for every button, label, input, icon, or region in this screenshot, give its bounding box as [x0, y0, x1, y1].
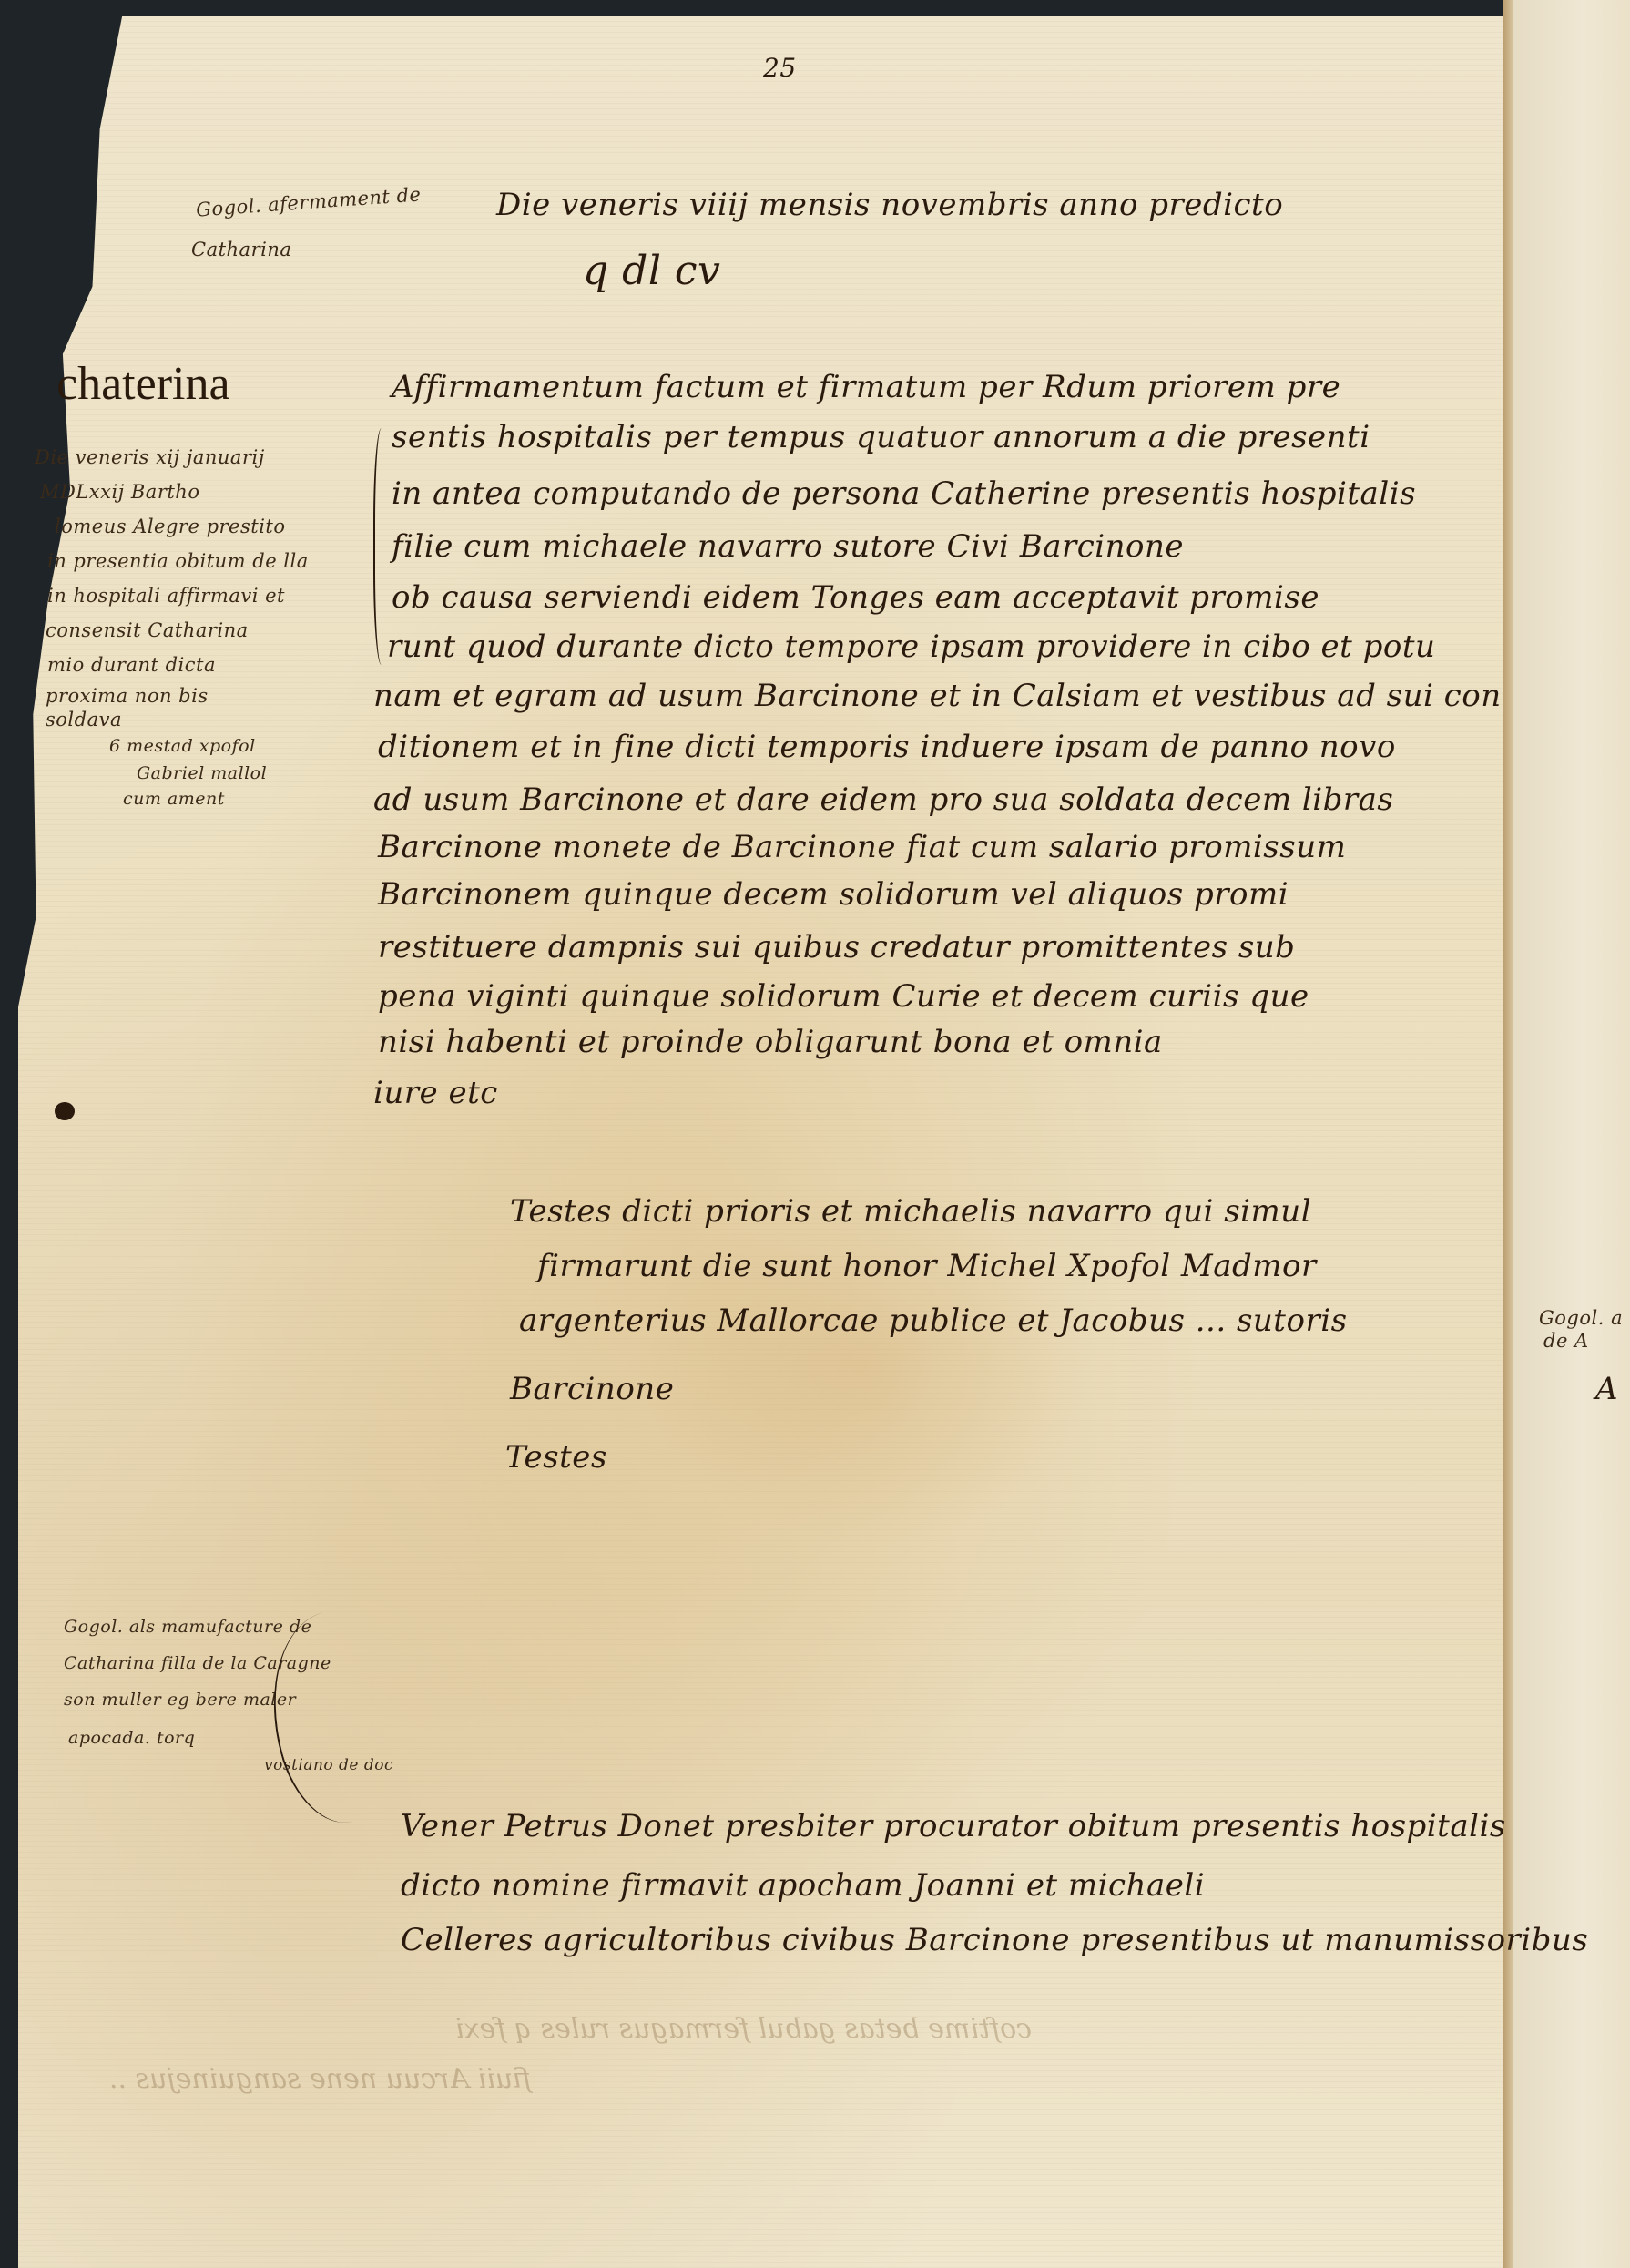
body-line: restituere dampnis sui quibus credatur p…	[378, 929, 1295, 965]
torn-edge	[118, 0, 1503, 13]
side-note-line: Gabriel mallol	[137, 763, 267, 783]
margin-note-line: Gogol. als mamufacture de	[64, 1617, 311, 1637]
side-note-line: 6 mestad xpofol	[109, 736, 256, 756]
witness-line: Testes dicti prioris et michaelis navarr…	[510, 1193, 1311, 1230]
show-through-text: fiuii Arcuu nene sanguinejus ..	[109, 2063, 531, 2095]
ink-blot	[55, 1102, 75, 1120]
body-line: nisi habenti et proinde obligarunt bona …	[378, 1024, 1163, 1060]
body-line: Celleres agricultoribus civibus Barcinon…	[401, 1922, 1588, 1958]
body-line: Barcinonem quinque decem solidorum vel a…	[378, 876, 1289, 913]
body-line: Vener Petrus Donet presbiter procurator …	[401, 1808, 1506, 1844]
year-heading: q dl cv	[583, 248, 720, 294]
entry-name-heading: chaterina	[56, 357, 230, 411]
body-line: sentis hospitalis per tempus quatuor ann…	[392, 419, 1370, 455]
side-note-line: in presentia obitum de lla	[47, 550, 309, 572]
body-line: ob causa serviendi eidem Tonges eam acce…	[392, 579, 1319, 616]
folio-number: 25	[763, 53, 797, 83]
facing-page-fragment: A	[1595, 1371, 1618, 1407]
body-line: nam et egram ad usum Barcinone et in Cal…	[373, 678, 1502, 714]
witness-line: Barcinone	[510, 1371, 674, 1407]
foxing-stain	[637, 1184, 1093, 1548]
witness-line: argenterius Mallorcae publice et Jacobus…	[519, 1303, 1348, 1339]
side-note-line: lomeus Alegre prestito	[55, 516, 286, 537]
body-line: iure etc	[373, 1075, 498, 1111]
date-heading: Die veneris viiij mensis novembris anno …	[496, 187, 1283, 223]
body-line: in antea computando de persona Catherine…	[392, 475, 1416, 512]
side-note-line: soldava	[46, 709, 122, 730]
side-note-line: mio durant dicta	[47, 654, 216, 676]
manuscript-page: coftime betas gabul fermagus rules q fex…	[0, 0, 1630, 2268]
show-through-text: coftime betas gabul fermagus rules q fex…	[455, 2013, 1032, 2045]
body-line: Affirmamentum factum et firmatum per Rdu…	[392, 369, 1340, 405]
margin-note-line: apocada. torq	[68, 1728, 195, 1748]
side-note-line: cum ament	[123, 789, 225, 809]
body-line: ditionem et in fine dicti temporis indue…	[378, 729, 1396, 765]
margin-note-line: Catharina	[191, 239, 291, 261]
witness-line: firmarunt die sunt honor Michel Xpofol M…	[537, 1248, 1317, 1284]
body-line: dicto nomine firmavit apocham Joanni et …	[401, 1867, 1205, 1904]
body-line: pena viginti quinque solidorum Curie et …	[378, 978, 1309, 1015]
side-note-line: consensit Catharina	[46, 619, 249, 641]
margin-note-line: son muller eg bere maler	[64, 1690, 296, 1710]
side-note-line: proxima non bis	[46, 685, 209, 707]
body-line: runt quod durante dicto tempore ipsam pr…	[387, 628, 1435, 665]
body-line: filie cum michaele navarro sutore Civi B…	[392, 528, 1184, 565]
witness-line: Testes	[505, 1439, 607, 1476]
facing-page-fragment: de A	[1543, 1330, 1589, 1352]
facing-page-fragment: Gogol. a	[1539, 1307, 1623, 1329]
body-line: ad usum Barcinone et dare eidem pro sua …	[373, 782, 1393, 818]
side-note-line: in hospitali affirmavi et	[47, 585, 285, 607]
side-note-line: MDLxxij Bartho	[40, 481, 199, 503]
body-line: Barcinone monete de Barcinone fiat cum s…	[378, 829, 1346, 865]
side-note-line: Die veneris xij januarij	[35, 446, 265, 468]
